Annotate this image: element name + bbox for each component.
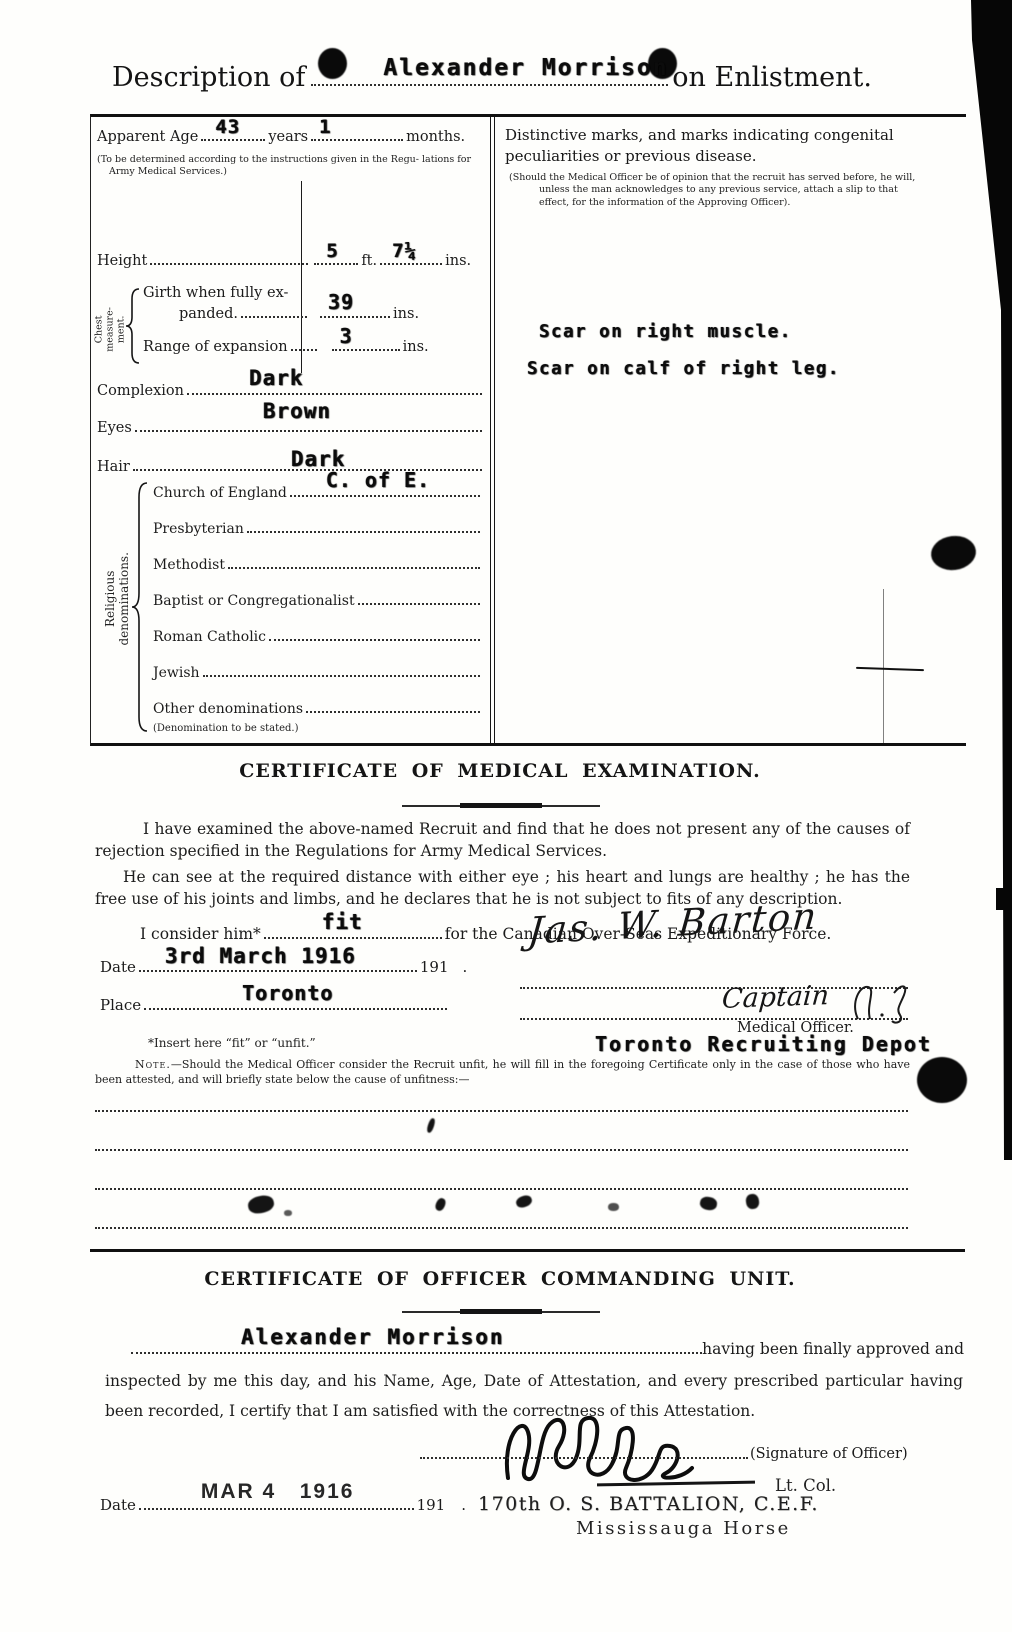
dotted-field [241, 314, 307, 318]
religion-rows: Church of England C. of E. Presbyterian … [153, 485, 483, 736]
fitness-value: fit [322, 910, 363, 934]
ink-blot [917, 1057, 967, 1103]
note-text: —Should the Medical Officer consider the… [95, 1058, 910, 1086]
height-label: Height [97, 253, 147, 269]
religion-row: Presbyterian [153, 521, 483, 557]
section-rule [90, 1249, 965, 1252]
heading-rule [402, 805, 600, 807]
medical-paragraph-1: I have examined the above-named Recruit … [95, 818, 910, 862]
eyes-row: Eyes Brown [97, 420, 485, 436]
ink-smudge [608, 1203, 619, 1211]
dotted-field: 43 [201, 137, 265, 141]
months-word: months. [406, 129, 465, 145]
ink-smudge [515, 1194, 534, 1210]
dotted-field [228, 565, 480, 569]
complexion-value: Dark [249, 366, 304, 390]
officer-date-stamp: MAR 4 1916 [201, 1480, 355, 1504]
dotted-field [203, 673, 480, 677]
unfitness-line [95, 1108, 908, 1112]
range-unit: ins. [403, 339, 429, 355]
dotted-field [150, 261, 308, 265]
recruiting-depot-stamp: Toronto Recruiting Depot [595, 1032, 932, 1056]
medical-date-value: 3rd March 1916 [165, 944, 356, 968]
dotted-field: fit [264, 935, 442, 939]
year-prefix: 191 [420, 958, 449, 976]
distinctive-mark-entry: Scar on calf of right leg. [527, 359, 840, 379]
dotted-field [358, 601, 480, 605]
hair-label: Hair [97, 459, 130, 475]
chest-group-label: Chest measure- ment. [95, 293, 128, 365]
dotted-field: Toronto [144, 1006, 447, 1010]
chest-grouping-brace [125, 287, 141, 365]
ink-smudge [247, 1193, 276, 1215]
apparent-age-note: (To be determined according to the instr… [97, 154, 495, 178]
dotted-field: 39 [320, 314, 390, 318]
chest-rows: Girth when fully ex- panded. 39 ins. Ran… [143, 285, 485, 355]
religion-item-label: Roman Catholic [153, 629, 266, 645]
age-years-value: 43 [215, 116, 240, 138]
ink-smudge [426, 1117, 436, 1133]
ink-smudge [434, 1197, 448, 1213]
medical-officer-rank: Captain [721, 980, 830, 1015]
unfitness-note: Note.—Should the Medical Officer conside… [95, 1058, 910, 1088]
description-table: Apparent Age 43 years 1 months. (To be d… [90, 114, 966, 746]
dotted-field: 3 [332, 347, 400, 351]
eyes-value: Brown [263, 399, 331, 423]
heading-rule [402, 1311, 600, 1313]
enlistment-form-page: Description of Alexander Morrison on Enl… [0, 0, 1012, 1632]
religion-footnote: (Denomination to be stated.) [153, 723, 483, 736]
approval-line2: inspected by me this day, and his Name, … [105, 1370, 963, 1392]
officer-certificate-heading: CERTIFICATE OF OFFICER COMMANDING UNIT. [90, 1268, 910, 1290]
unit-stamp-line2: Mississauga Horse [576, 1518, 791, 1539]
recruit-name-officer-cert: Alexander Morrison [241, 1325, 505, 1349]
unfitness-line [95, 1147, 908, 1151]
distinctive-marks-note: (Should the Medical Officer be of opinio… [509, 172, 917, 209]
years-word: years [268, 129, 308, 145]
medical-certificate-heading: CERTIFICATE OF MEDICAL EXAMINATION. [90, 760, 910, 782]
inches-word: ins. [445, 253, 471, 269]
dotted-field: 1 [311, 137, 403, 141]
complexion-row: Complexion Dark [97, 383, 485, 399]
range-value: 3 [340, 324, 353, 348]
ink-smudge [284, 1210, 292, 1216]
dotted-field [269, 637, 480, 641]
date-label: Date [100, 1496, 136, 1514]
dotted-field: 7¼ [380, 261, 442, 265]
religion-row: Other denominations [153, 701, 483, 723]
girth-row: Girth when fully ex- panded. 39 ins. [143, 285, 485, 331]
religion-row: Church of England C. of E. [153, 485, 483, 521]
range-row: Range of expansion 3 ins. [143, 339, 485, 355]
apparent-age-row: Apparent Age 43 years 1 months. [97, 129, 485, 145]
girth-label-line2: panded. [179, 306, 238, 322]
range-label: Range of expansion [143, 339, 288, 355]
religion-item-label: Presbyterian [153, 521, 244, 537]
ink-smudge [699, 1196, 718, 1212]
approval-name-row: Alexander Morrison having been finally a… [128, 1340, 964, 1358]
religion-group-label: Religious denominations. [104, 540, 132, 658]
height-row: Height 5 ft. 7¼ ins. [97, 253, 485, 269]
officer-signature-scribble [494, 1406, 706, 1491]
religion-row: Jewish [153, 665, 483, 701]
dotted-field: Dark [187, 391, 482, 395]
dotted-field: 5 [314, 261, 358, 265]
title-suffix: on Enlistment. [672, 62, 872, 93]
heading-rule-thick [460, 803, 542, 808]
ink-dash [856, 667, 924, 671]
heading-rule-thick [460, 1309, 542, 1314]
religion-item-label: Jewish [153, 665, 200, 681]
girth-value: 39 [328, 290, 354, 314]
religion-value: C. of E. [326, 468, 430, 492]
table-right-border [883, 589, 884, 743]
dotted-field: Alexander Morrison [131, 1350, 702, 1354]
place-label: Place [100, 996, 141, 1014]
ink-smudge [745, 1193, 760, 1210]
dotted-field: 3rd March 1916 [139, 968, 417, 972]
dotted-field: C. of E. [290, 493, 480, 497]
height-feet-value: 5 [326, 240, 338, 262]
dotted-field: MAR 4 1916 [139, 1506, 414, 1510]
fit-footnote: *Insert here “fit” or “unfit.” [148, 1036, 316, 1050]
religion-item-label: Baptist or Congregationalist [153, 593, 355, 609]
officer-signature-line [420, 1455, 748, 1459]
religion-item-label: Methodist [153, 557, 225, 573]
religion-label-line: denominations. [118, 552, 132, 645]
officer-date-row: Date MAR 4 1916 191 . [100, 1496, 466, 1514]
medical-place-row: Place Toronto [100, 996, 450, 1014]
unfitness-line [95, 1186, 908, 1190]
dotted-field [247, 529, 480, 533]
religion-row: Baptist or Congregationalist [153, 593, 483, 629]
religion-grouping-brace [131, 481, 149, 733]
distinctive-mark-entry: Scar on right muscle. [539, 322, 792, 342]
feet-word: ft. [361, 253, 377, 269]
medical-place-value: Toronto [242, 981, 333, 1005]
eyes-label: Eyes [97, 420, 132, 436]
year-prefix: 191 [417, 1496, 446, 1514]
signature-caption: (Signature of Officer) [750, 1446, 908, 1462]
unfitness-line [95, 1225, 908, 1229]
apparent-age-label: Apparent Age [97, 129, 198, 145]
age-months-value: 1 [319, 116, 331, 138]
complexion-label: Complexion [97, 383, 184, 399]
unit-stamp-line1: 170th O. S. BATTALION, C.E.F. [478, 1493, 819, 1515]
title-name-line: Alexander Morrison [311, 82, 668, 86]
height-inches-value: 7¼ [392, 240, 417, 262]
dotted-field [306, 709, 480, 713]
form-title: Description of Alexander Morrison on Enl… [112, 62, 872, 93]
note-label: Note. [135, 1058, 171, 1071]
consider-prefix: I consider him* [140, 925, 261, 943]
religion-row: Methodist [153, 557, 483, 593]
distinctive-marks-heading: Distinctive marks, and marks indicating … [505, 125, 897, 167]
religion-item-label: Church of England [153, 485, 287, 501]
religion-item-label: Other denominations [153, 701, 303, 717]
date-label: Date [100, 958, 136, 976]
column-divider [490, 117, 495, 743]
religion-label-line: Religious [104, 571, 118, 627]
medical-date-row: Date 3rd March 1916 191 . [100, 958, 468, 976]
approval-line1: having been finally approved and [702, 1340, 964, 1358]
year-dot: . [461, 1496, 466, 1514]
recruit-name-typed: Alexander Morrison [383, 55, 668, 81]
dotted-field [291, 347, 317, 351]
year-dot: . [463, 958, 468, 976]
girth-label-line1: Girth when fully ex- [143, 285, 288, 301]
girth-unit: ins. [393, 306, 419, 322]
religion-row: Roman Catholic [153, 629, 483, 665]
dotted-field: Brown [135, 428, 482, 432]
title-prefix: Description of [112, 62, 305, 93]
ink-scribble [846, 975, 916, 1035]
